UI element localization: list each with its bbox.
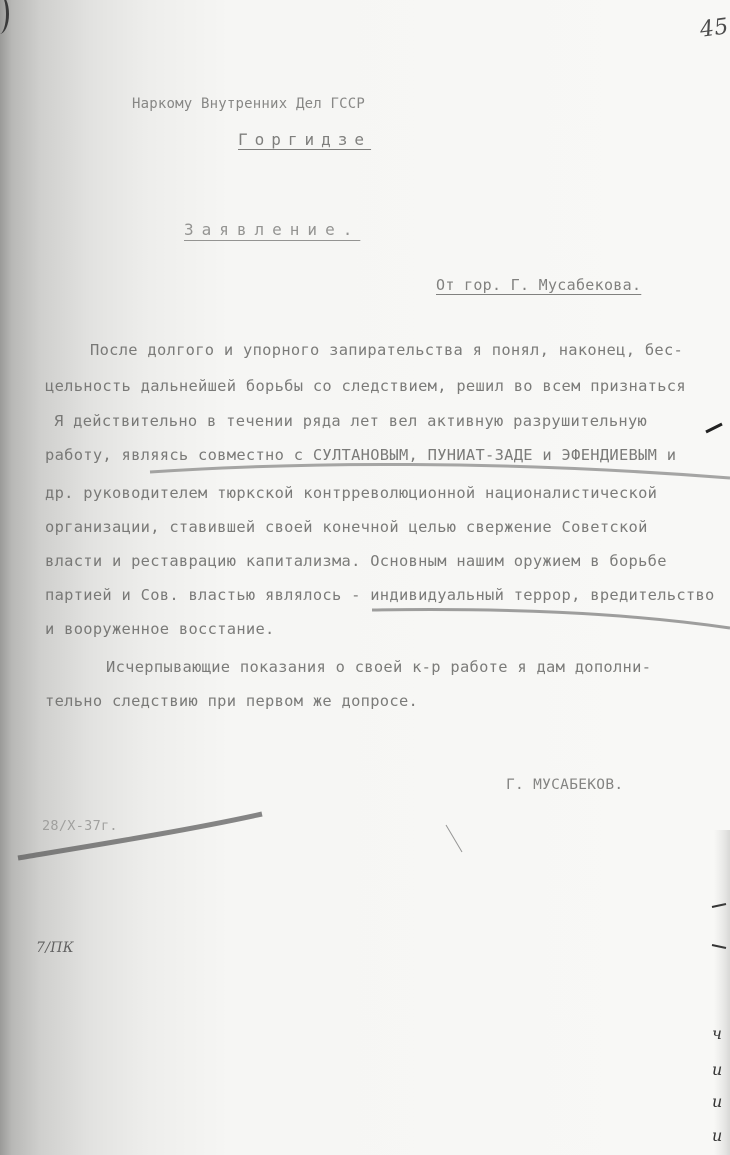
body-line: После долгого и упорного запирательства …: [90, 341, 683, 359]
from-line: От гор. Г. Мусабекова.: [436, 276, 641, 294]
body-line: партией и Сов. властью являлось - индиви…: [45, 586, 715, 604]
addressee-line-1: Наркому Внутренних Дел ГССР: [132, 96, 365, 112]
margin-note: и: [712, 1060, 722, 1079]
signature: Г. МУСАБЕКОВ.: [506, 777, 623, 793]
body-line: организации, ставившей своей конечной це…: [45, 518, 648, 536]
folio-number: 45: [698, 14, 730, 43]
document-date: 28/X-37г.: [42, 818, 118, 834]
addressee-name: Горгидзе: [238, 130, 371, 149]
pencil-underlines: [0, 0, 730, 1155]
reference-mark: 7/ПК: [36, 940, 74, 956]
margin-note: и: [712, 1092, 722, 1111]
margin-note: и: [712, 1126, 722, 1145]
body-line: тельно следствию при первом же допросе.: [45, 692, 418, 710]
body-line: цельность дальнейшей борьбы со следствие…: [45, 377, 686, 395]
body-line: и вооруженное восстание.: [45, 620, 275, 638]
document-title: Заявление.: [184, 220, 360, 239]
page-edge-shadow: [0, 0, 9, 34]
document-page: 45 Наркому Внутренних Дел ГССР Горгидзе …: [0, 0, 730, 1155]
body-line: власти и реставрацию капитализма. Основн…: [45, 552, 667, 570]
body-line: работу, являясь совместно с СУЛТАНОВЫМ, …: [45, 446, 676, 464]
body-line: др. руководителем тюркской контрреволюци…: [45, 484, 657, 502]
margin-note: ч: [712, 1024, 722, 1043]
body-line: Исчерпывающие показания о своей к-р рабо…: [106, 658, 651, 676]
body-line: Я действительно в течении ряда лет вел а…: [54, 412, 647, 430]
addressee-line-2: Горгидзе: [238, 130, 371, 149]
